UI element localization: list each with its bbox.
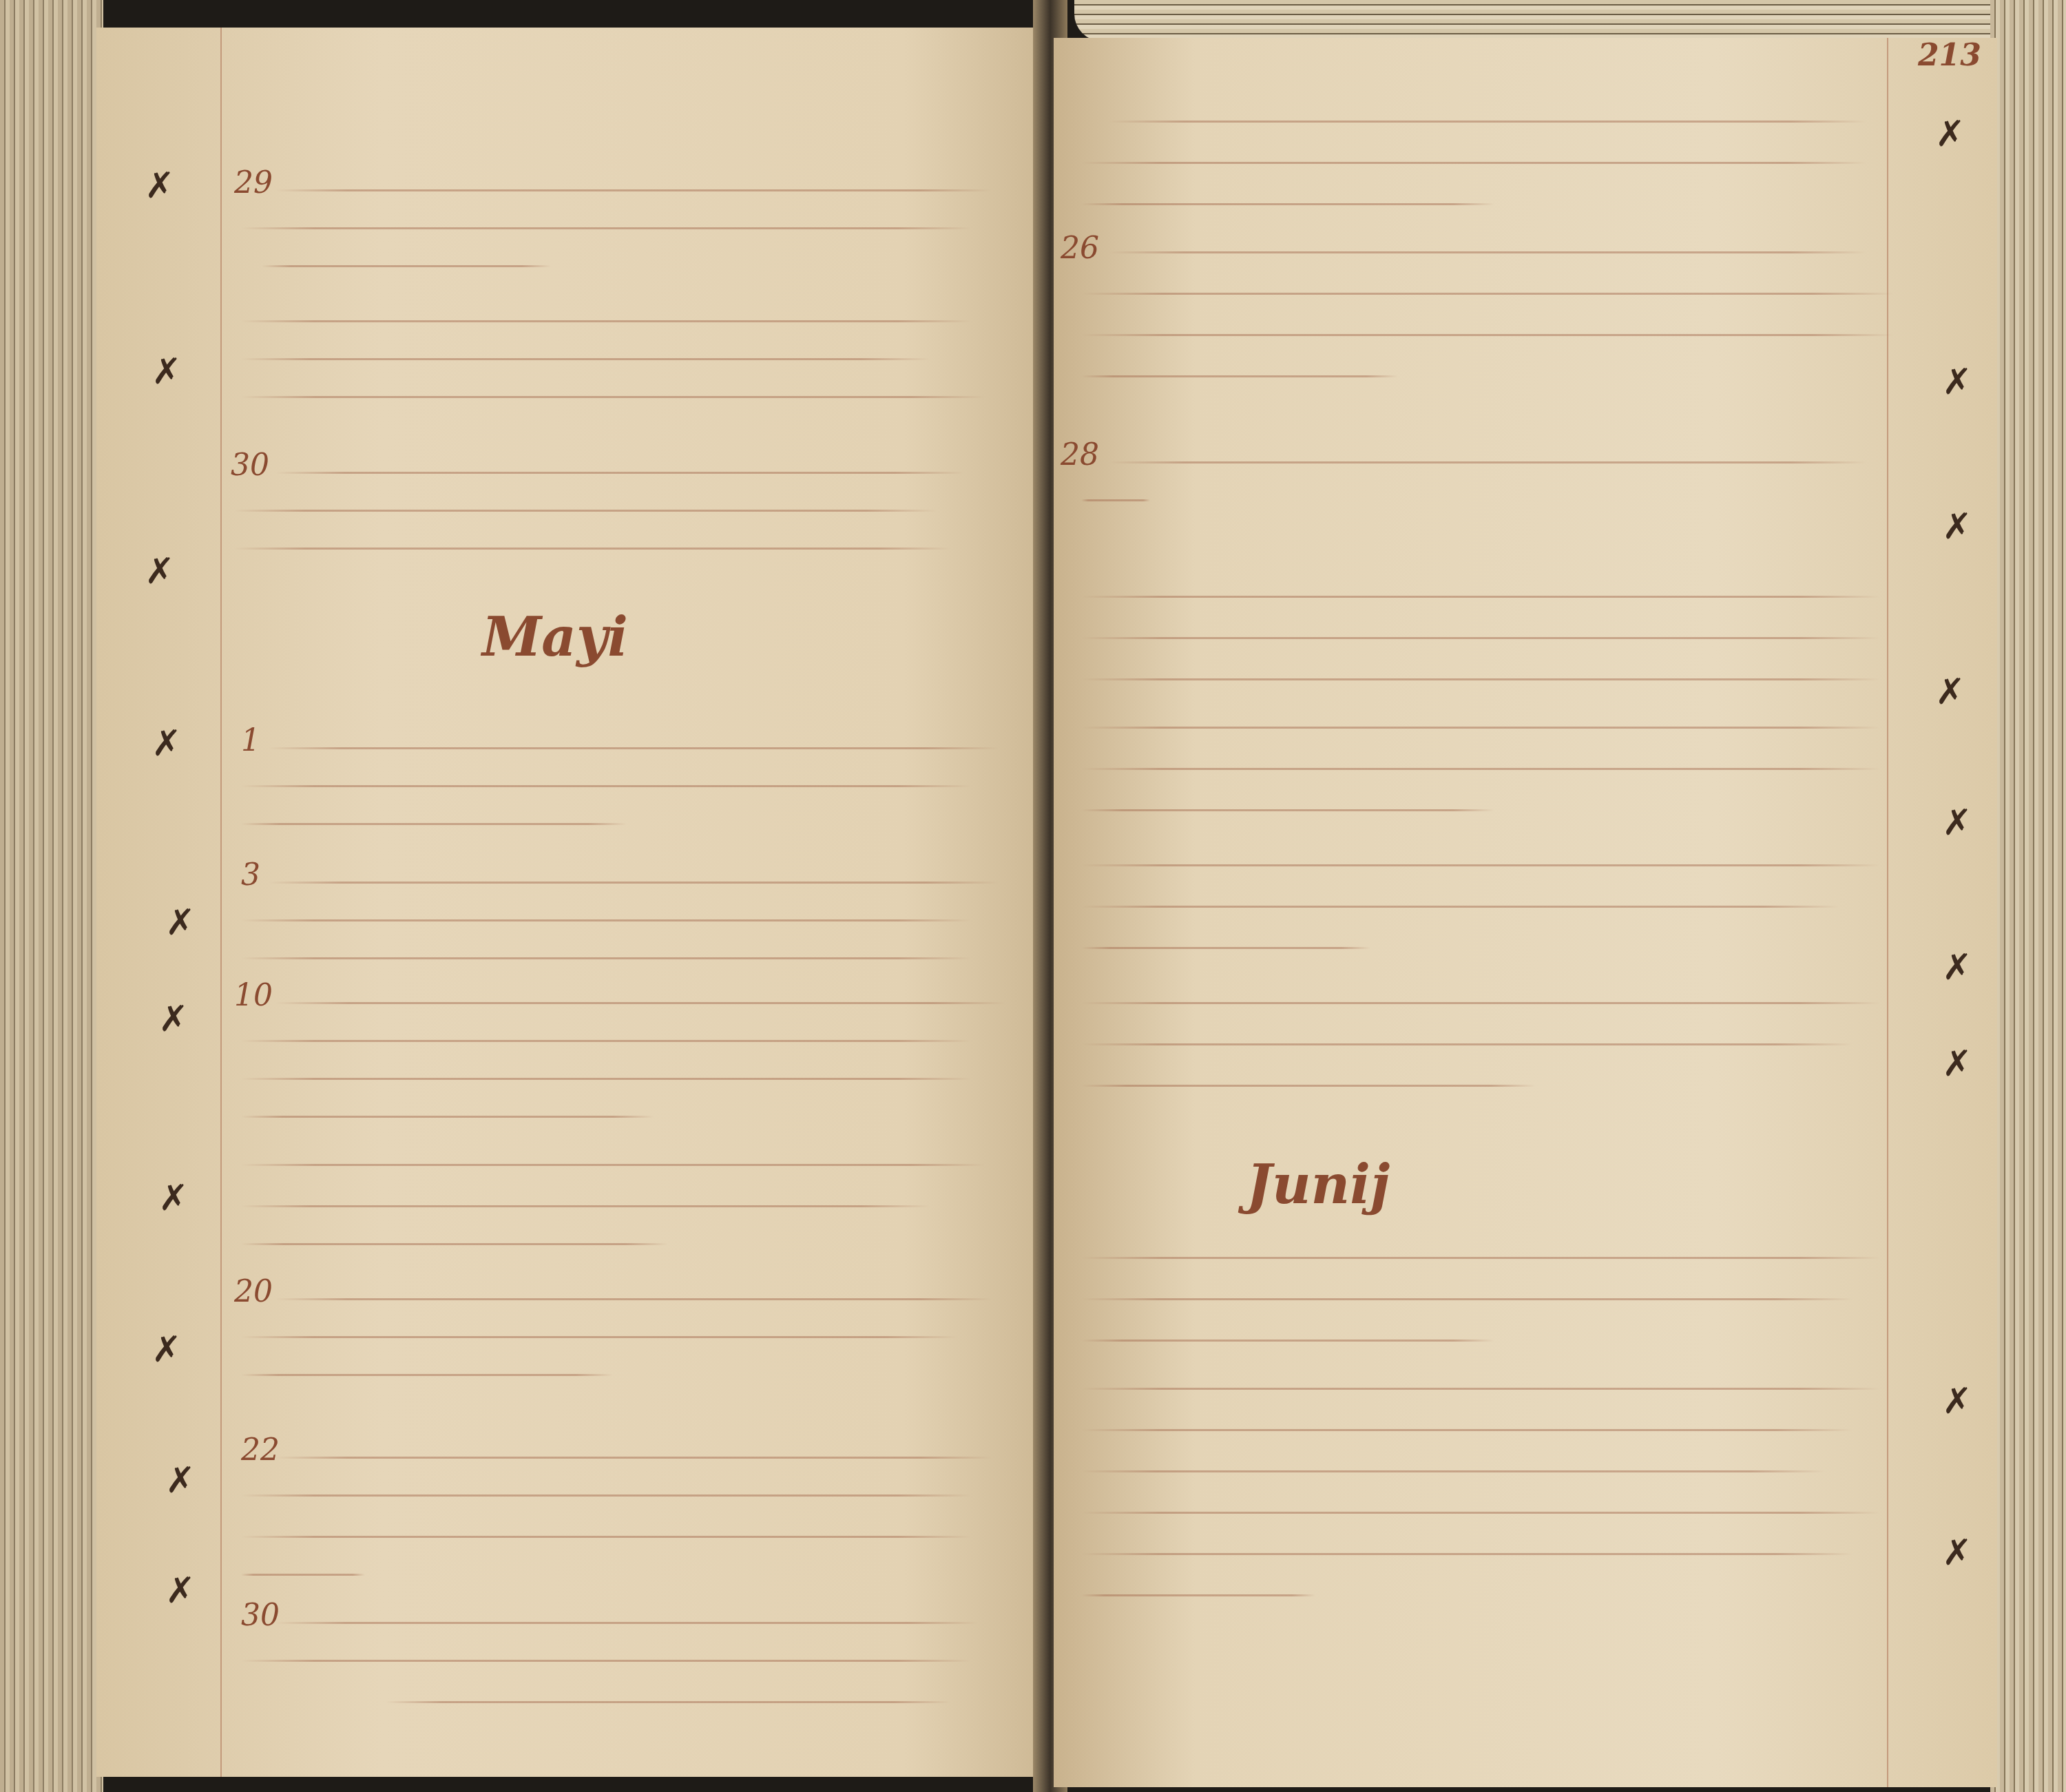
handwritten-line [241,320,971,322]
handwritten-line [1081,678,1880,680]
handwritten-line [241,1660,971,1662]
handwritten-line [1081,768,1880,770]
entry-day-number: 28 [1061,437,1099,472]
entry-day-number: 20 [234,1274,273,1309]
handwritten-line [1081,203,1494,205]
handwritten-line [1081,947,1370,949]
month-heading: Mayi [482,606,628,669]
handwritten-line [1081,1085,1536,1087]
handwritten-line [1081,162,1866,164]
handwritten-line [1081,1340,1494,1342]
handwritten-line [1109,251,1866,253]
cross-mark: ✗ [1942,802,1972,844]
cross-mark: ✗ [1935,671,1965,713]
cross-mark: ✗ [1942,1381,1972,1422]
handwritten-line [269,747,999,749]
handwritten-line [1081,809,1494,811]
top-page-edges [1074,0,1997,41]
handwritten-line [262,265,551,267]
handwritten-line [241,1374,613,1376]
handwritten-line [1081,1043,1853,1045]
handwritten-line [241,1243,668,1245]
cross-mark: ✗ [145,551,175,592]
handwritten-line [241,1040,971,1042]
entry-day-number: 10 [234,978,273,1013]
entry-day-number: 1 [241,723,260,758]
cross-mark: ✗ [158,999,189,1040]
handwritten-line [1081,1257,1880,1259]
handwritten-line [1081,1298,1853,1300]
cross-mark: ✗ [158,1178,189,1219]
cross-mark: ✗ [1942,1043,1972,1085]
handwritten-line [1081,375,1398,377]
handwritten-line [1081,637,1880,639]
handwritten-line [234,548,950,550]
handwritten-line [275,472,964,474]
cross-mark: ✗ [1942,506,1972,548]
margin-rule [1887,38,1888,1787]
handwritten-line [241,396,985,398]
handwritten-line [1081,1429,1853,1431]
handwritten-line [1081,727,1880,729]
handwritten-line [1081,1388,1880,1390]
entry-day-number: 30 [241,1598,280,1633]
handwritten-line [269,882,999,884]
handwritten-line [1109,121,1866,123]
handwritten-line [1081,1512,1880,1514]
handwritten-line [241,1336,957,1338]
cross-mark: ✗ [1942,947,1972,988]
handwritten-line [241,1494,971,1497]
handwritten-line [241,1078,971,1080]
entry-day-number: 3 [241,857,260,893]
open-book: ✗ ✗ ✗ ✗ ✗ ✗ ✗ ✗ ✗ ✗ 29 30 Mayi 1 3 10 [0,0,2066,1792]
handwritten-line [241,1116,654,1118]
handwritten-line [275,189,992,191]
cross-mark: ✗ [1942,362,1972,403]
cross-mark: ✗ [152,1329,182,1371]
right-page-edges [1990,0,2066,1792]
cross-mark: ✗ [165,1460,196,1501]
handwritten-line [275,1457,992,1459]
handwritten-line [1081,596,1880,598]
handwritten-line [275,1298,992,1300]
left-page: ✗ ✗ ✗ ✗ ✗ ✗ ✗ ✗ ✗ ✗ 29 30 Mayi 1 3 10 [96,28,1047,1777]
cross-mark: ✗ [152,723,182,764]
handwritten-line [241,957,971,959]
handwritten-line [275,1002,1005,1004]
margin-rule [220,28,222,1777]
handwritten-line [1081,906,1839,908]
cross-mark: ✗ [165,1570,196,1612]
entry-day-number: 22 [241,1432,280,1468]
handwritten-line [275,1622,978,1624]
handwritten-line [1081,1553,1853,1555]
handwritten-line [241,1164,985,1166]
cross-mark: ✗ [165,902,196,944]
cross-mark: ✗ [145,165,175,207]
handwritten-line [241,227,971,229]
handwritten-line [386,1701,950,1703]
right-page: 213 ✗ ✗ ✗ ✗ ✗ ✗ ✗ ✗ ✗ 26 28 Junij [1054,38,1997,1787]
handwritten-line [241,1205,930,1207]
handwritten-line [1081,499,1150,501]
handwritten-line [241,823,627,825]
cross-mark: ✗ [1942,1532,1972,1574]
entry-day-number: 26 [1061,231,1099,266]
cross-mark: ✗ [152,351,182,393]
handwritten-line [1081,1470,1825,1472]
handwritten-line [241,785,971,787]
handwritten-line [241,1574,365,1576]
handwritten-line [1081,293,1894,295]
cross-mark: ✗ [1935,114,1965,155]
entry-day-number: 30 [231,448,269,483]
handwritten-line [241,358,930,360]
left-page-edges [0,0,103,1792]
page-number: 213 [1918,38,1981,73]
handwritten-line [1109,461,1866,463]
handwritten-line [241,919,971,921]
handwritten-line [241,1536,971,1538]
entry-day-number: 29 [234,165,273,200]
handwritten-line [1081,864,1880,866]
handwritten-line [234,510,937,512]
handwritten-line [1081,1594,1315,1596]
month-heading: Junij [1246,1154,1390,1216]
handwritten-line [1081,1002,1880,1004]
handwritten-line [1081,334,1894,336]
